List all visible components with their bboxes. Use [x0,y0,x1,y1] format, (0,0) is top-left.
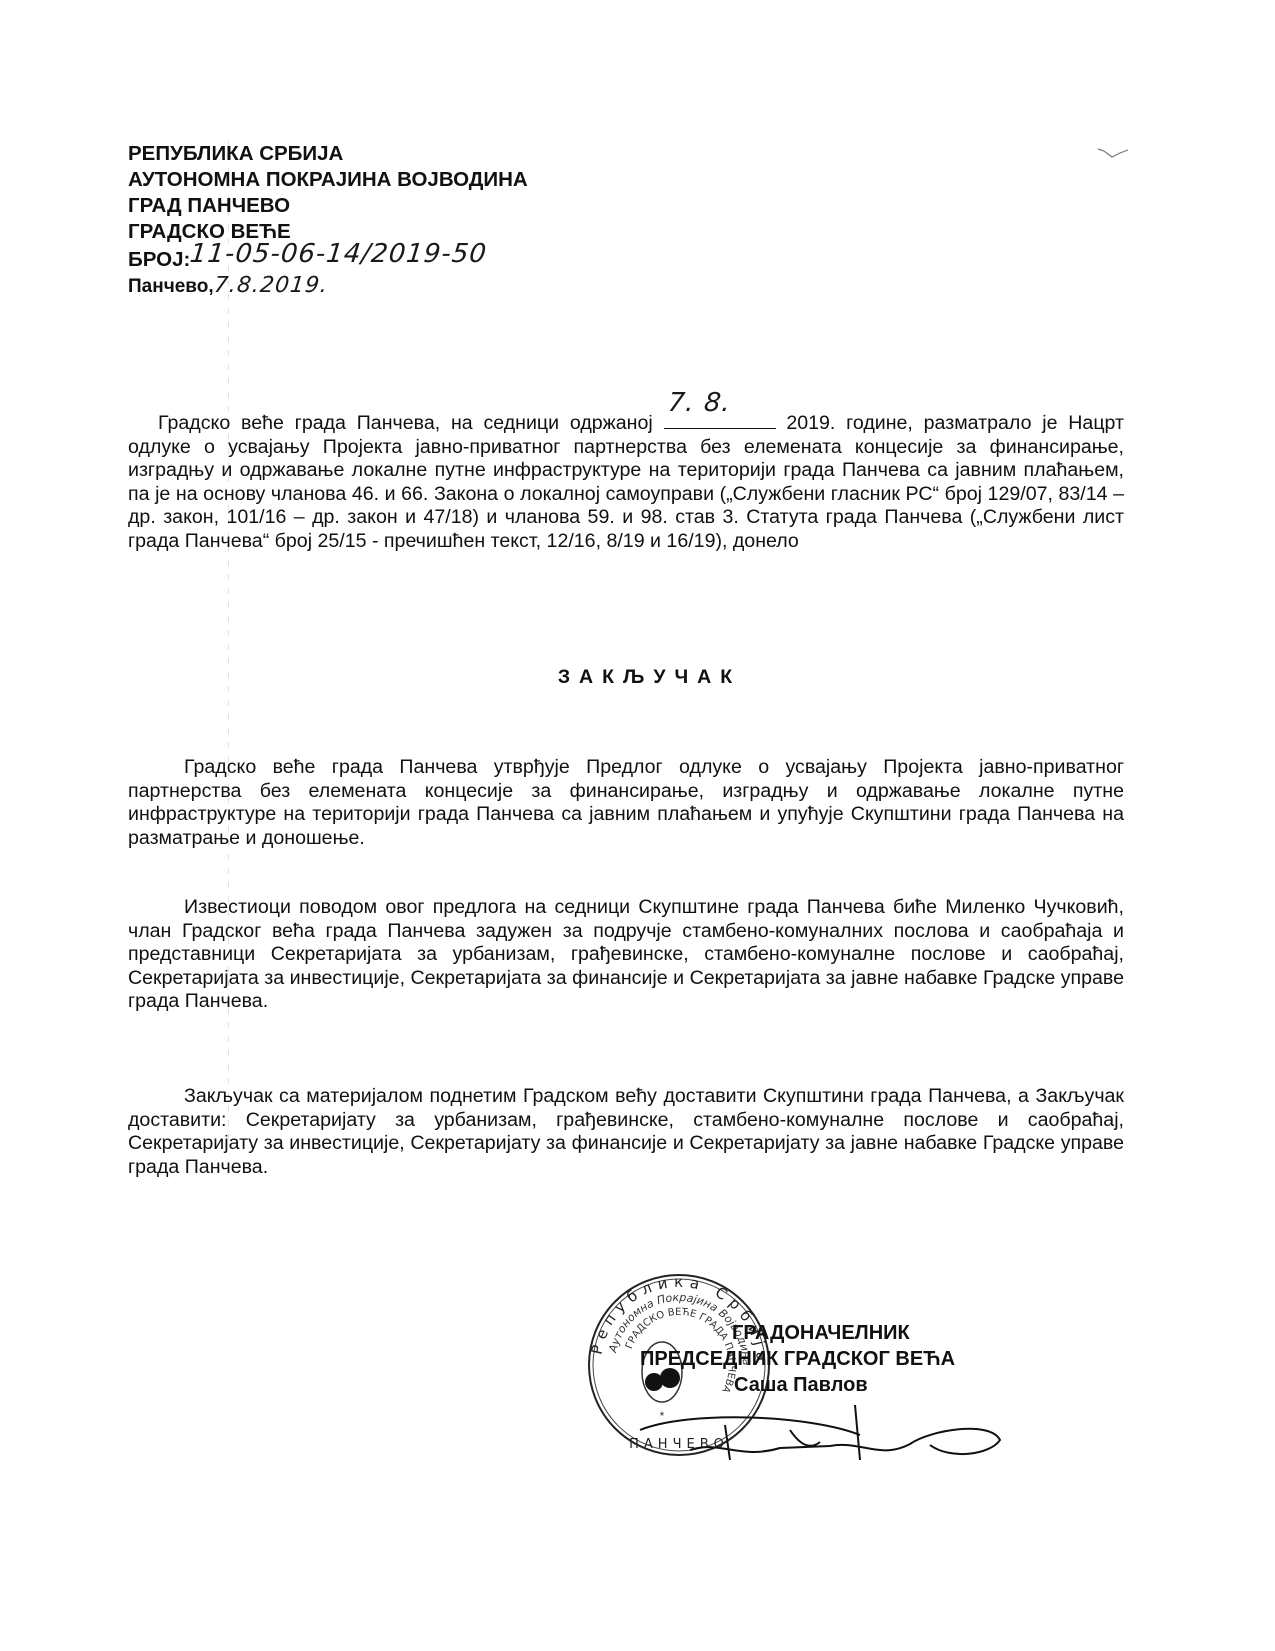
corner-pen-mark [1096,146,1130,160]
header-line-city: ГРАД ПАНЧЕВО [128,193,528,219]
document-number-handwritten: 11-05-06-14/2019-50 [189,241,489,267]
signatory-title-mayor: ГРАДОНАЧЕЛНИК [732,1320,910,1346]
conclusion-paragraph-3: Закључак са материјалом поднетим Градско… [128,1085,1124,1179]
intro-text-before: Градско веће града Панчева, на седници о… [158,412,653,434]
document-date-row: Панчево,7.8.2019. [128,273,528,300]
header-line-republic: РЕПУБЛИКА СРБИЈА [128,141,528,167]
document-number-label: БРОЈ: [128,248,190,271]
conclusion-text-2: Известиоци поводом овог предлога на седн… [128,896,1124,1012]
session-date-handwritten: 7. 8. [666,392,731,416]
signatory-name: Саша Павлов [734,1372,868,1398]
document-page: РЕПУБЛИКА СРБИЈА АУТОНОМНА ПОКРАЈИНА ВОЈ… [0,0,1275,1651]
conclusion-paragraph-2: Известиоци поводом овог предлога на седн… [128,896,1124,1014]
document-header: РЕПУБЛИКА СРБИЈА АУТОНОМНА ПОКРАЈИНА ВОЈ… [128,141,528,300]
place-label: Панчево, [128,276,214,297]
header-line-province: АУТОНОМНА ПОКРАЈИНА ВОЈВОДИНА [128,167,528,193]
document-number-row: БРОЈ:11-05-06-14/2019-50 [128,245,528,273]
session-date-blank: 7. 8. [664,408,776,429]
conclusion-text-3: Закључак са материјалом поднетим Градско… [128,1085,1124,1178]
document-date-handwritten: 7.8.2019. [212,273,329,299]
handwritten-signature [630,1400,1010,1470]
signatory-title-council-president: ПРЕДСЕДНИК ГРАДСКОГ ВЕЋА [640,1346,955,1372]
intro-paragraph: Градско веће града Панчева, на седници о… [128,408,1124,554]
conclusion-paragraph-1: Градско веће града Панчева утврђује Пред… [128,756,1124,850]
conclusion-text-1: Градско веће града Панчева утврђује Пред… [128,756,1124,849]
document-title: ЗАКЉУЧАК [0,666,1275,689]
